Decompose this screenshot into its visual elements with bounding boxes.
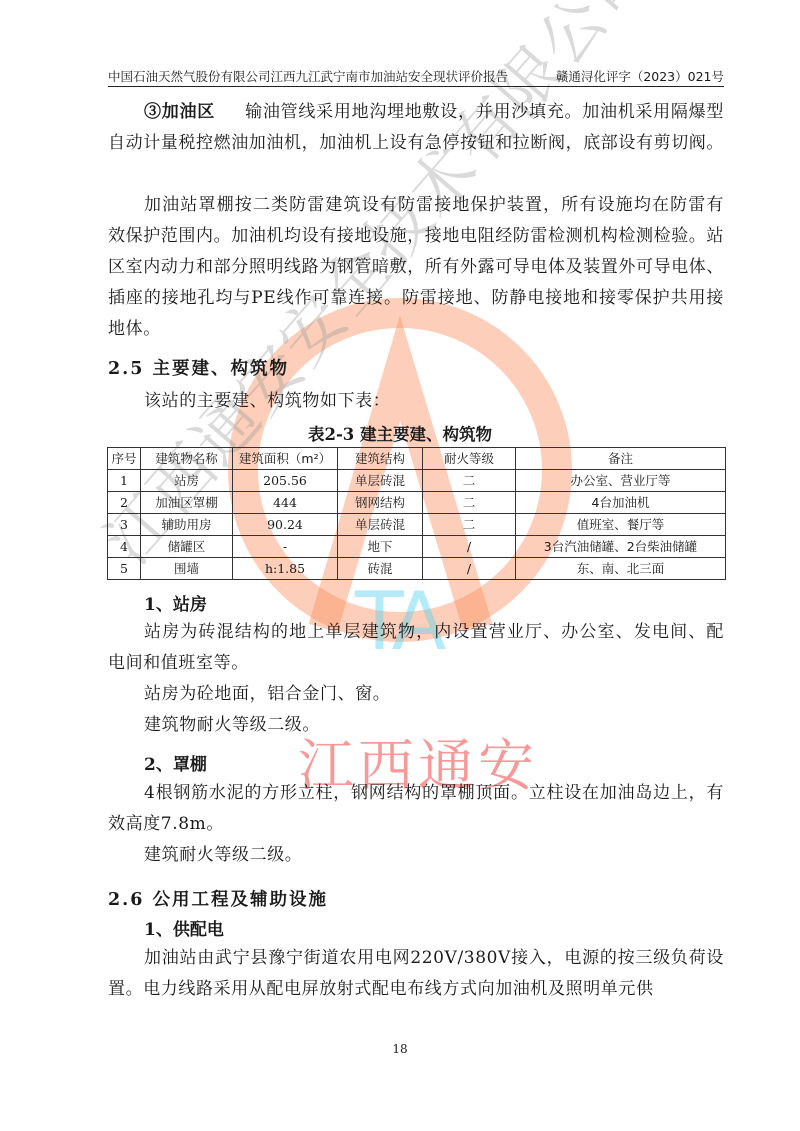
cell-structure: 单层砖混 — [338, 514, 423, 536]
cell-structure: 钢网结构 — [338, 492, 423, 514]
cell-fire-rating: / — [423, 536, 516, 558]
cell-area: - — [233, 536, 338, 558]
page-number: 18 — [0, 1042, 800, 1056]
header-report-number: 赣通浔化评字（2023）021号 — [556, 68, 724, 86]
buildings-table: 序号 建筑物名称 建筑面积（m²） 建筑结构 耐火等级 备注 1 站房 205.… — [107, 447, 726, 580]
section-heading-2-6: 2.6 公用工程及辅助设施 — [108, 886, 328, 911]
cell-index: 4 — [108, 536, 141, 558]
running-header: 中国石油天然气股份有限公司江西九江武宁南市加油站安全现状评价报告 赣通浔化评字（… — [108, 68, 724, 87]
table-row: 5 围墙 h:1.85 砖混 / 东、南、北三面 — [108, 558, 726, 580]
station-building-floor-doors: 站房为砼地面，铝合金门、窗。 — [108, 679, 724, 710]
table-header-row: 序号 建筑物名称 建筑面积（m²） 建筑结构 耐火等级 备注 — [108, 448, 726, 470]
cell-index: 5 — [108, 558, 141, 580]
col-header-index: 序号 — [108, 448, 141, 470]
table-intro-text: 该站的主要建、构筑物如下表： — [108, 386, 724, 417]
cell-area: 205.56 — [233, 470, 338, 492]
cell-name: 加油区罩棚 — [141, 492, 233, 514]
cell-name: 储罐区 — [141, 536, 233, 558]
table-row: 3 辅助用房 90.24 单层砖混 二 值班室、餐厅等 — [108, 514, 726, 536]
canopy-description: 4根钢筋水泥的方形立柱，钢网结构的罩棚顶面。立柱设在加油岛边上，有效高度7.8m… — [108, 778, 724, 840]
fueling-area-label: 加油区 — [162, 102, 215, 122]
cell-remarks: 3台汽油储罐、2台柴油储罐 — [516, 536, 726, 558]
cell-remarks: 值班室、餐厅等 — [516, 514, 726, 536]
cell-remarks: 办公室、营业厅等 — [516, 470, 726, 492]
cell-remarks: 4台加油机 — [516, 492, 726, 514]
subheading-canopy: 2、罩棚 — [144, 750, 207, 775]
cell-area: 90.24 — [233, 514, 338, 536]
cell-name: 围墙 — [141, 558, 233, 580]
subheading-station-building: 1、站房 — [144, 590, 207, 615]
cell-structure: 单层砖混 — [338, 470, 423, 492]
subheading-power-supply: 1、供配电 — [144, 915, 224, 940]
power-supply-description: 加油站由武宁县豫宁街道农用电网220V/380V接入，电源的按三级负荷设置。电力… — [108, 943, 724, 1005]
station-building-description: 站房为砖混结构的地上单层建筑物，内设置营业厅、办公室、发电间、配电间和值班室等。 — [108, 617, 724, 679]
cell-structure: 地下 — [338, 536, 423, 558]
cell-fire-rating: 二 — [423, 514, 516, 536]
cell-index: 3 — [108, 514, 141, 536]
section-heading-2-5: 2.5 主要建、构筑物 — [108, 355, 289, 380]
canopy-fire-rating: 建筑耐火等级二级。 — [108, 840, 724, 871]
circled-number-marker: ③ — [108, 102, 162, 122]
table-caption: 表2-3 建主要建、构筑物 — [0, 421, 800, 445]
cell-fire-rating: 二 — [423, 470, 516, 492]
cell-remarks: 东、南、北三面 — [516, 558, 726, 580]
cell-area: 444 — [233, 492, 338, 514]
cell-fire-rating: / — [423, 558, 516, 580]
col-header-area: 建筑面积（m²） — [233, 448, 338, 470]
col-header-name: 建筑物名称 — [141, 448, 233, 470]
table-row: 2 加油区罩棚 444 钢网结构 二 4台加油机 — [108, 492, 726, 514]
table-row: 4 储罐区 - 地下 / 3台汽油储罐、2台柴油储罐 — [108, 536, 726, 558]
cell-fire-rating: 二 — [423, 492, 516, 514]
document-page: TA 江西通安 江西通安安全技术有限公司 中国石油天然气股份有限公司江西九江武宁… — [0, 0, 800, 1131]
cell-index: 1 — [108, 470, 141, 492]
col-header-fire-rating: 耐火等级 — [423, 448, 516, 470]
col-header-remarks: 备注 — [516, 448, 726, 470]
station-building-fire-rating: 建筑物耐火等级二级。 — [108, 710, 724, 741]
cell-index: 2 — [108, 492, 141, 514]
cell-area: h:1.85 — [233, 558, 338, 580]
cell-name: 站房 — [141, 470, 233, 492]
cell-name: 辅助用房 — [141, 514, 233, 536]
paragraph-lightning-protection: 加油站罩棚按二类防雷建筑设有防雷接地保护装置，所有设施均在防雷有效保护范围内。加… — [108, 190, 724, 345]
table-row: 1 站房 205.56 单层砖混 二 办公室、营业厅等 — [108, 470, 726, 492]
header-report-title: 中国石油天然气股份有限公司江西九江武宁南市加油站安全现状评价报告 — [108, 68, 508, 86]
col-header-structure: 建筑结构 — [338, 448, 423, 470]
paragraph-fueling-area: ③加油区输油管线采用地沟埋地敷设，并用沙填充。加油机采用隔爆型自动计量税控燃油加… — [108, 97, 724, 159]
cell-structure: 砖混 — [338, 558, 423, 580]
